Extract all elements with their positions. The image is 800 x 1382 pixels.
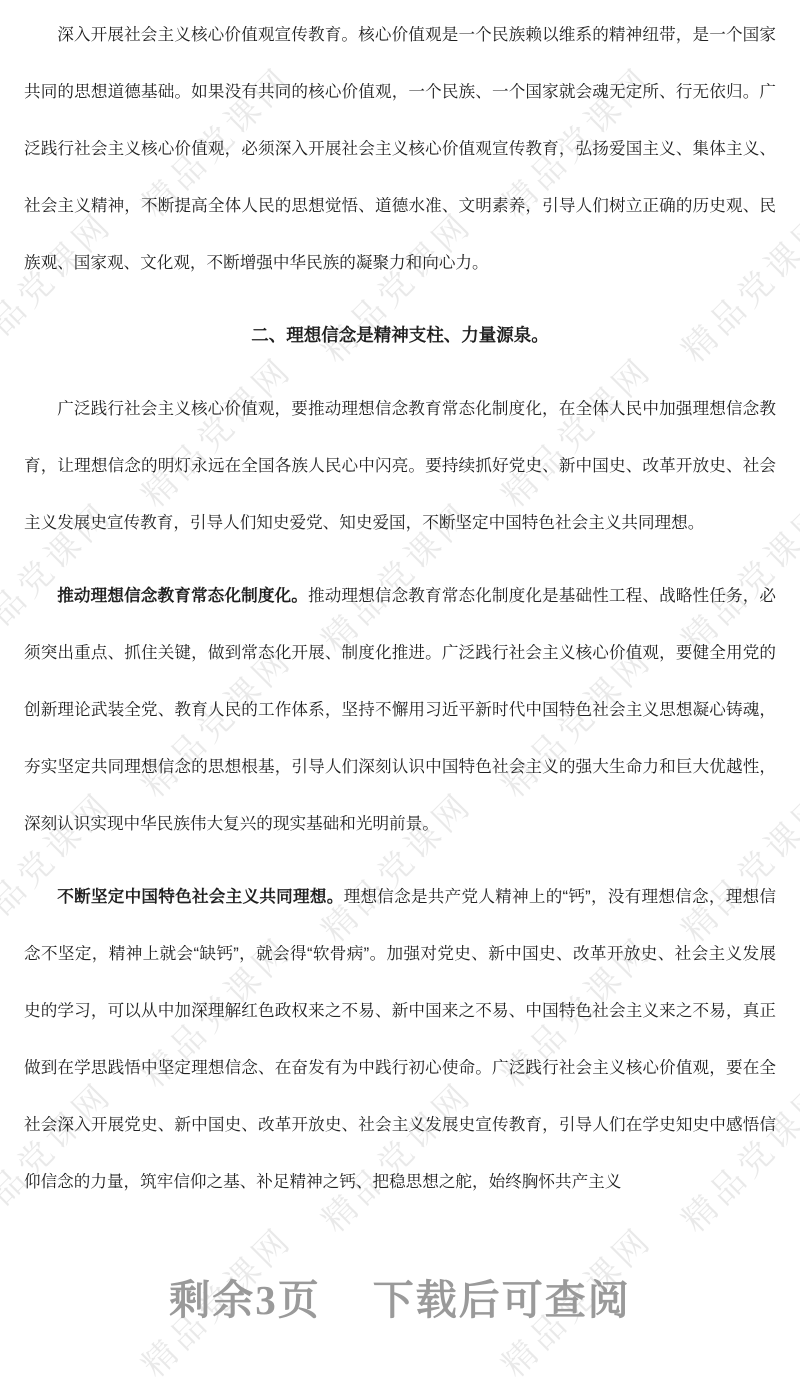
paragraph-normalization-institutionalization: 推动理想信念教育常态化制度化。推动理想信念教育常态化制度化是基础性工程、战略性任… [24,567,776,852]
document-content: 深入开展社会主义核心价值观宣传教育。核心价值观是一个民族赖以维系的精神纽带，是一… [0,0,800,1210]
remaining-pages-banner: 剩余3页 下载后可查阅 [0,1270,800,1330]
paragraph-text: 广泛践行社会主义核心价值观，要推动理想信念教育常态化制度化，在全体人民中加强理想… [24,399,776,532]
paragraph-core-values-education: 深入开展社会主义核心价值观宣传教育。核心价值观是一个民族赖以维系的精神纽带，是一… [24,6,776,291]
paragraph-common-ideal: 不断坚定中国特色社会主义共同理想。理想信念是共产党人精神上的“钙”，没有理想信念… [24,868,776,1210]
download-hint-label: 下载后可查阅 [373,1270,631,1330]
paragraph-lead: 推动理想信念教育常态化制度化。 [57,586,308,605]
paragraph-lead: 不断坚定中国特色社会主义共同理想。 [57,887,343,906]
paragraph-text: 深入开展社会主义核心价值观宣传教育。核心价值观是一个民族赖以维系的精神纽带，是一… [24,25,776,272]
paragraph-text: 推动理想信念教育常态化制度化是基础性工程、战略性任务，必须突出重点、抓住关键，做… [24,586,776,833]
remaining-pages-label: 剩余3页 [169,1270,321,1330]
section-heading: 二、理想信念是精神支柱、力量源泉。 [24,307,776,364]
paragraph-text: 理想信念是共产党人精神上的“钙”，没有理想信念，理想信念不坚定，精神上就会“缺钙… [24,887,776,1191]
document-page: 精品党课网精品党课网精品党课网精品党课网精品党课网精品党课网精品党课网精品党课网… [0,0,800,1382]
paragraph-ideal-belief-education: 广泛践行社会主义核心价值观，要推动理想信念教育常态化制度化，在全体人民中加强理想… [24,380,776,551]
